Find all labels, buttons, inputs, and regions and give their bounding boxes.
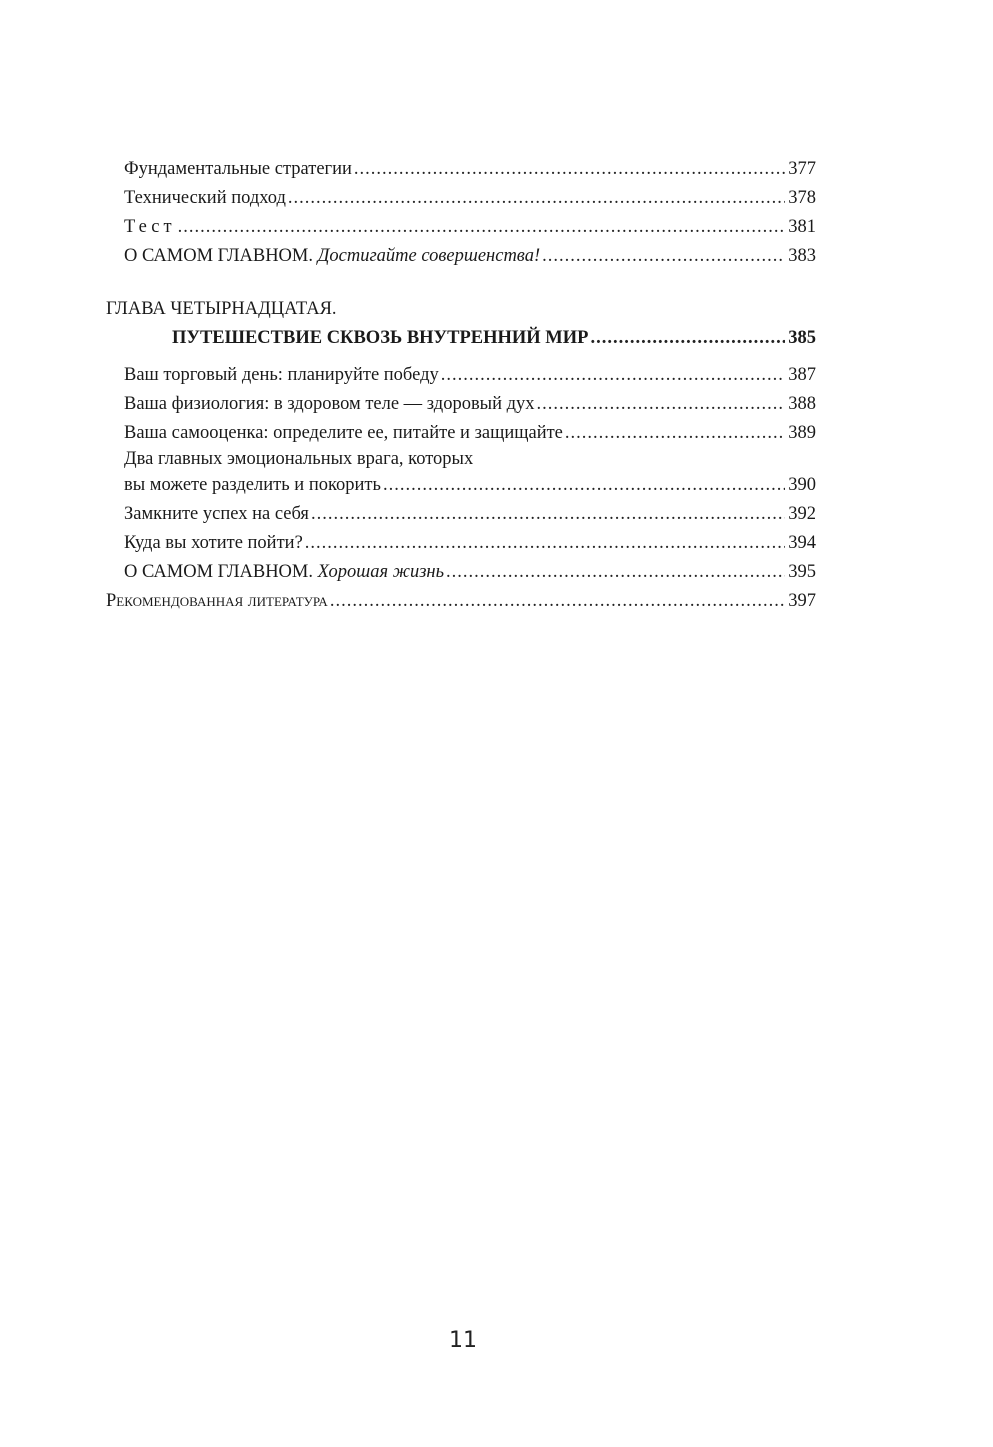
dot-leader — [441, 361, 786, 390]
toc-entry: Фундаментальные стратегии 377 — [106, 155, 816, 184]
dot-leader — [565, 419, 785, 448]
toc-entry-title: Технический подход — [124, 184, 286, 213]
toc-entry-page: 383 — [788, 242, 816, 271]
toc-entry-title-line1: Два главных эмоциональных врага, которых — [106, 448, 816, 471]
dot-leader — [542, 242, 785, 271]
toc-entry-title: Фундаментальные стратегии — [124, 155, 352, 184]
toc-entry-page: 388 — [788, 390, 816, 419]
page-number: 11 — [0, 1328, 926, 1353]
toc-entry: Куда вы хотите пойти? 394 — [106, 529, 816, 558]
toc-entry: Замкните успех на себя 392 — [106, 500, 816, 529]
toc-entry: Ваша самооценка: определите ее, питайте … — [106, 419, 816, 448]
toc-entry-title: Рекомендованная литература — [106, 587, 328, 616]
chapter-label: ГЛАВА ЧЕТЫРНАДЦАТАЯ. — [106, 295, 816, 324]
toc-entry-title: Тест — [124, 213, 176, 242]
dot-leader — [330, 587, 785, 616]
dot-leader — [288, 184, 785, 213]
toc-entry-title-italic: Достигайте совершенства! — [318, 246, 541, 266]
chapter-page: 385 — [788, 324, 816, 353]
dot-leader — [354, 155, 785, 184]
toc-entry: вы можете разделить и покорить 390 — [106, 471, 816, 500]
toc-entry-title-upper: О САМОМ ГЛАВНОМ. — [124, 246, 313, 266]
dot-leader — [311, 500, 785, 529]
dot-leader — [537, 390, 786, 419]
toc-entry-page: 378 — [788, 184, 816, 213]
toc-entry: О САМОМ ГЛАВНОМ. Достигайте совершенства… — [106, 242, 816, 271]
dot-leader — [305, 529, 785, 558]
toc-entry-recommended: Рекомендованная литература 397 — [106, 587, 816, 616]
toc-entry-title: Куда вы хотите пойти? — [124, 529, 303, 558]
toc-entry-title: О САМОМ ГЛАВНОМ. Достигайте совершенства… — [124, 242, 540, 271]
toc-entry-page: 390 — [788, 471, 816, 500]
table-of-contents: Фундаментальные стратегии 377 Технически… — [106, 155, 816, 616]
toc-entry-title: Ваша физиология: в здоровом теле — здоро… — [124, 390, 535, 419]
toc-entry: Ваша физиология: в здоровом теле — здоро… — [106, 390, 816, 419]
toc-entry-page: 389 — [788, 419, 816, 448]
toc-entry-title-upper: О САМОМ ГЛАВНОМ. — [124, 562, 313, 582]
toc-entry-title: Замкните успех на себя — [124, 500, 309, 529]
toc-entry: О САМОМ ГЛАВНОМ. Хорошая жизнь 395 — [106, 558, 816, 587]
toc-entry-title: О САМОМ ГЛАВНОМ. Хорошая жизнь — [124, 558, 444, 587]
toc-entry: Ваш торговый день: планируйте победу 387 — [106, 361, 816, 390]
chapter-title: ПУТЕШЕСТВИЕ СКВОЗЬ ВНУТРЕННИЙ МИР — [172, 324, 588, 353]
toc-entry-page: 387 — [788, 361, 816, 390]
toc-entry-page: 392 — [788, 500, 816, 529]
toc-entry-title-italic: Хорошая жизнь — [318, 562, 444, 582]
toc-entry: Технический подход 378 — [106, 184, 816, 213]
toc-entry-title: Ваша самооценка: определите ее, питайте … — [124, 419, 563, 448]
toc-entry-page: 394 — [788, 529, 816, 558]
toc-entry-page: 381 — [788, 213, 816, 242]
toc-entry-page: 397 — [788, 587, 816, 616]
toc-entry-title-line2: вы можете разделить и покорить — [124, 471, 381, 500]
dot-leader — [446, 558, 785, 587]
dot-leader — [383, 471, 785, 500]
chapter-title-entry: ПУТЕШЕСТВИЕ СКВОЗЬ ВНУТРЕННИЙ МИР 385 — [106, 324, 816, 353]
dot-leader — [590, 324, 785, 353]
dot-leader — [178, 213, 786, 242]
toc-entry-page: 395 — [788, 558, 816, 587]
toc-entry-title: Ваш торговый день: планируйте победу — [124, 361, 439, 390]
toc-entry: Тест 381 — [106, 213, 816, 242]
toc-entry-page: 377 — [788, 155, 816, 184]
